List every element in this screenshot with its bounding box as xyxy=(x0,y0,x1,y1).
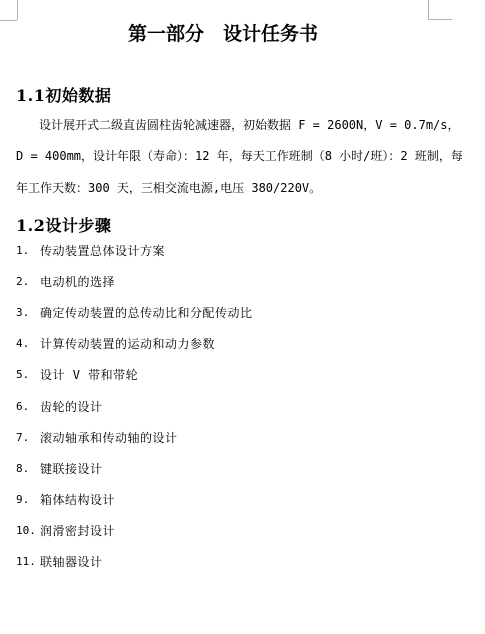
list-item: 7. 滚动轴承和传动轴的设计 xyxy=(16,422,430,453)
section-heading-design-steps: 1.2设计步骤 xyxy=(16,216,111,236)
document-title: 第一部分 设计任务书 xyxy=(16,21,430,47)
list-item: 1. 传动装置总体设计方案 xyxy=(16,235,430,266)
step-label: 电动机的选择 xyxy=(40,273,115,290)
page-content: 第一部分 设计任务书 1.1初始数据 设计展开式二级直齿圆柱齿轮减速器，初始数据… xyxy=(16,0,430,634)
step-label: 滚动轴承和传动轴的设计 xyxy=(40,429,178,446)
step-label: 联轴器设计 xyxy=(40,553,103,570)
paragraph-line-3: 年工作天数：300 天，三相交流电源,电压 380/220V。 xyxy=(16,173,430,204)
list-item: 5. 设计 V 带和带轮 xyxy=(16,359,430,390)
list-item: 8. 键联接设计 xyxy=(16,453,430,484)
margin-mark-top-left-horizontal xyxy=(0,20,17,21)
paragraph-line-1: 设计展开式二级直齿圆柱齿轮减速器，初始数据 F = 2600N，V = 0.7m… xyxy=(16,110,430,141)
step-number: 3. xyxy=(16,306,40,319)
margin-mark-top-right-horizontal xyxy=(428,19,452,20)
list-item: 6. 齿轮的设计 xyxy=(16,390,430,421)
paragraph-line-2: D = 400mm，设计年限（寿命）：12 年，每天工作班制（8 小时/班）：2… xyxy=(16,141,430,172)
step-number: 6. xyxy=(16,400,40,413)
section-heading-initial-data: 1.1初始数据 xyxy=(16,86,111,106)
step-number: 11. xyxy=(16,555,40,568)
step-number: 2. xyxy=(16,275,40,288)
step-label: 设计 V 带和带轮 xyxy=(40,366,138,383)
design-steps-list: 1. 传动装置总体设计方案 2. 电动机的选择 3. 确定传动装置的总传动比和分… xyxy=(16,235,430,577)
list-item: 3. 确定传动装置的总传动比和分配传动比 xyxy=(16,297,430,328)
initial-data-paragraph: 设计展开式二级直齿圆柱齿轮减速器，初始数据 F = 2600N，V = 0.7m… xyxy=(16,110,430,204)
step-label: 箱体结构设计 xyxy=(40,491,115,508)
step-number: 4. xyxy=(16,337,40,350)
step-number: 1. xyxy=(16,244,40,257)
step-number: 10. xyxy=(16,524,40,537)
step-number: 5. xyxy=(16,368,40,381)
step-label: 键联接设计 xyxy=(40,460,103,477)
list-item: 11. 联轴器设计 xyxy=(16,546,430,577)
step-number: 8. xyxy=(16,462,40,475)
step-label: 齿轮的设计 xyxy=(40,398,103,415)
step-label: 确定传动装置的总传动比和分配传动比 xyxy=(40,304,253,321)
document-page: 第一部分 设计任务书 1.1初始数据 设计展开式二级直齿圆柱齿轮减速器，初始数据… xyxy=(0,0,485,634)
step-label: 计算传动装置的运动和动力参数 xyxy=(40,335,215,352)
list-item: 2. 电动机的选择 xyxy=(16,266,430,297)
step-label: 润滑密封设计 xyxy=(40,522,115,539)
list-item: 4. 计算传动装置的运动和动力参数 xyxy=(16,328,430,359)
step-number: 7. xyxy=(16,431,40,444)
step-number: 9. xyxy=(16,493,40,506)
list-item: 9. 箱体结构设计 xyxy=(16,484,430,515)
step-label: 传动装置总体设计方案 xyxy=(40,242,165,259)
list-item: 10. 润滑密封设计 xyxy=(16,515,430,546)
